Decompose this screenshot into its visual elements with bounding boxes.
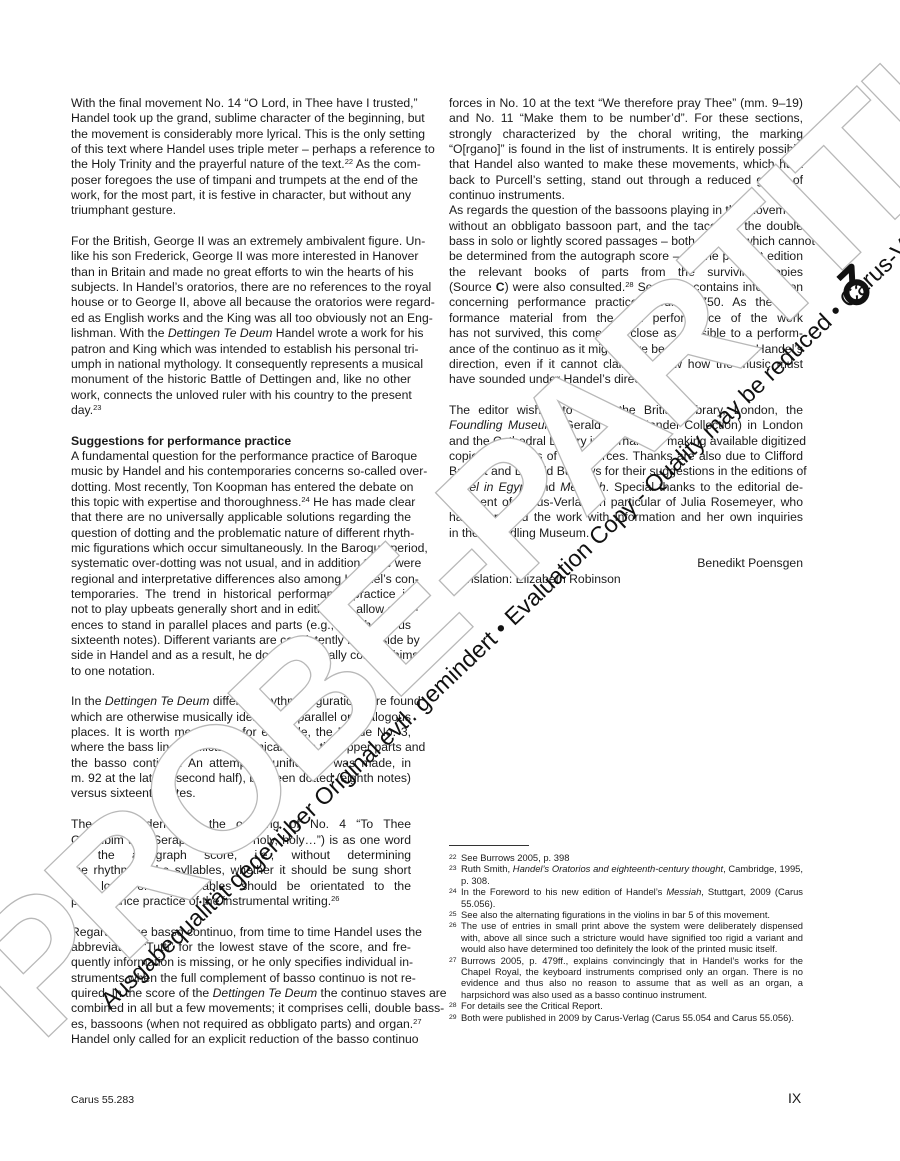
- text-line: the basso continuo. An attempt at unific…: [71, 756, 411, 771]
- text-line: copies/microfilms of the sources. Thanks…: [449, 449, 803, 464]
- text-line: (Source C) were also consulted.28 Source…: [449, 280, 803, 295]
- footnote-ref[interactable]: 22: [345, 157, 353, 166]
- text-line: dotting. Most recently, Ton Koopman has …: [71, 480, 411, 495]
- text-line: and long, or the syllables should be ori…: [71, 879, 411, 894]
- text-line: mic figurations which occur simultaneous…: [71, 541, 411, 556]
- text-line: In the Dettingen Te Deum different rhyth…: [71, 694, 411, 709]
- text-line: subjects. In Handel’s oratorios, there a…: [71, 280, 411, 295]
- text-line: The text underlay in the opening of No. …: [71, 817, 411, 832]
- text-line: Regarding the basso continuo, from time …: [71, 925, 411, 940]
- text-line: quired. In the score of the Dettingen Te…: [71, 986, 411, 1001]
- carus-logo-icon: [834, 267, 873, 307]
- text-line: With the final movement No. 14 “O Lord, …: [71, 96, 411, 111]
- text-line: struments when the full complement of ba…: [71, 971, 411, 986]
- text-line: side in Handel and as a result, he does …: [71, 648, 411, 663]
- text-line: that Handel also wanted to make these mo…: [449, 157, 803, 172]
- source-siglum: C: [680, 280, 689, 294]
- text-line: has not survived, this comes as close as…: [449, 326, 803, 341]
- text-line: triumphant gesture.: [71, 203, 411, 218]
- work-title: Messiah: [560, 480, 605, 494]
- text-line: Cherubim and Seraphim” (“Holy, holy, hol…: [71, 833, 411, 848]
- text-line: combined in all but a few movements; it …: [71, 1001, 411, 1016]
- text-line: to one notation.: [71, 664, 411, 679]
- text-line: performance practice of the instrumental…: [71, 894, 411, 909]
- text-line: like his son Frederick, George II was mo…: [71, 249, 411, 264]
- text-line: in the autograph score, i.e., without de…: [71, 848, 411, 863]
- text-line: ance of the continuo as it might have be…: [449, 342, 803, 357]
- text-line: regional and interpretative differences …: [71, 572, 411, 587]
- text-line: music by Handel and his contemporaries c…: [71, 464, 411, 479]
- text-line: the relevant books of parts from the sur…: [449, 265, 803, 280]
- text-line: continuo instruments.: [449, 188, 803, 203]
- text-line: es, bassoons (when not required as obbli…: [71, 1017, 411, 1032]
- text-line: the movement is considerably more lyrica…: [71, 127, 411, 142]
- text-line: temporaries. The trend in historical per…: [71, 587, 411, 602]
- text-line: systematic over-dotting was not usual, a…: [71, 556, 411, 571]
- text-line: work, connects the unloved ruler with hi…: [71, 388, 411, 403]
- footnote-ref[interactable]: 28: [625, 280, 633, 289]
- text-line: monument of the historic Battle of Detti…: [71, 372, 411, 387]
- footnotes: 22See Burrows 2005, p. 398 23Ruth Smith,…: [449, 852, 803, 1023]
- text-line: patron and King which was intended to es…: [71, 342, 411, 357]
- text-line: this topic with expertise and thoroughne…: [71, 495, 411, 510]
- text-line: be determined from the autograph score –…: [449, 249, 803, 264]
- text-line: day.23: [71, 403, 411, 418]
- section-heading: Suggestions for performance practice: [71, 434, 411, 449]
- text-line: The editor wishes to thank the British L…: [449, 403, 803, 418]
- text-line: bass in solo or lightly scored passages …: [449, 234, 803, 249]
- text-line: without an obbligato bassoon part, and t…: [449, 219, 803, 234]
- work-title: Dettingen Te Deum: [168, 326, 273, 340]
- text-line: which are otherwise musically identical …: [71, 710, 411, 725]
- text-line: forces in No. 10 at the text “We therefo…: [449, 96, 803, 111]
- work-title: Israel in Egypt: [449, 480, 530, 494]
- editor-signature: Benedikt Poensgen: [449, 556, 803, 571]
- text-line: Foundling Museum (Gerald Coke Handel Col…: [449, 418, 803, 433]
- text-line: A fundamental question for the performan…: [71, 449, 411, 464]
- text-line: formance material from the first perform…: [449, 311, 803, 326]
- text-line: question of dotting and the problematic …: [71, 526, 411, 541]
- text-line: concerning performance practice around 1…: [449, 295, 803, 310]
- text-line: has supported the work with information …: [449, 510, 803, 525]
- text-line: that there are no universally applicable…: [71, 510, 411, 525]
- text-line: Israel in Egypt and Messiah. Special tha…: [449, 480, 803, 495]
- text-line: and the Cathedral Library in Durham for …: [449, 434, 803, 449]
- text-line: ences to stand in parallel places and pa…: [71, 618, 411, 633]
- text-line: Bartlett and Donald Burrows for their su…: [449, 464, 803, 479]
- text-line: versus sixteenth notes.: [71, 786, 411, 801]
- footnote: 27Burrows 2005, p. 479ff., explains conv…: [449, 955, 803, 1001]
- text-line: ed as English works and the King was all…: [71, 311, 411, 326]
- text-line: m. 92 at the latest (second half), betwe…: [71, 771, 411, 786]
- text-line: house or to George II, above all because…: [71, 295, 411, 310]
- text-line: Handel took up the grand, sublime charac…: [71, 111, 411, 126]
- text-line: places. It is worth mentioning, for exam…: [71, 725, 411, 740]
- footnote: 24In the Foreword to his new edition of …: [449, 886, 803, 909]
- text-line: quently information is missing, or he on…: [71, 955, 411, 970]
- footnote: 28For details see the Critical Report.: [449, 1000, 803, 1011]
- work-title: Dettingen Te Deum: [105, 694, 210, 708]
- footnote-divider: [449, 845, 529, 846]
- text-line: work, for the most part, it is festive i…: [71, 188, 411, 203]
- text-line: strongly characterized by the choral wri…: [449, 127, 803, 142]
- footnote-ref[interactable]: 23: [93, 403, 101, 412]
- text-line: where the bass line conflicts rhythmical…: [71, 740, 411, 755]
- text-line: For the British, George II was an extrem…: [71, 234, 411, 249]
- text-line: have sounded under Handel’s direction.: [449, 372, 803, 387]
- footnote: 26The use of entries in small print abov…: [449, 920, 803, 954]
- left-column: With the final movement No. 14 “O Lord, …: [71, 96, 411, 1047]
- footnote: 25See also the alternating figurations i…: [449, 909, 803, 920]
- right-column: forces in No. 10 at the text “We therefo…: [449, 96, 803, 587]
- text-line: sixteenth notes). Different variants are…: [71, 633, 411, 648]
- text-line: the rhythm of the syllables, whether it …: [71, 863, 411, 878]
- footnote-ref[interactable]: 27: [413, 1017, 421, 1026]
- text-line: in the Foundling Museum.: [449, 526, 803, 541]
- text-line: direction, even if it cannot claim to sh…: [449, 357, 803, 372]
- text-line: As regards the question of the bassoons …: [449, 203, 803, 218]
- footnote: 23Ruth Smith, Handel’s Oratorios and eig…: [449, 863, 803, 886]
- text-line: than in Britain and made no great effort…: [71, 265, 411, 280]
- footnote: 22See Burrows 2005, p. 398: [449, 852, 803, 863]
- text-line: not to play upbeats generally short and …: [71, 602, 411, 617]
- text-line: “O[rgano]” is found in the list of instr…: [449, 142, 803, 157]
- page-number: IX: [788, 1090, 801, 1106]
- footnote: 29Both were published in 2009 by Carus-V…: [449, 1012, 803, 1023]
- source-siglum: C: [496, 280, 505, 294]
- text-line: umph in national mythology. It consequen…: [71, 357, 411, 372]
- text-line: back to Purcell’s setting, stand out thr…: [449, 173, 803, 188]
- text-line: lishman. With the Dettingen Te Deum Hand…: [71, 326, 411, 341]
- translation-credit: Translation: Elizabeth Robinson: [449, 572, 803, 587]
- catalog-number: Carus 55.283: [71, 1094, 134, 1106]
- work-title: Dettingen Te Deum: [213, 986, 318, 1000]
- text-line: of this text where Handel uses triple me…: [71, 142, 411, 157]
- footnote-ref[interactable]: 24: [301, 495, 309, 504]
- text-line: partment of Carus-Verlag, in particular …: [449, 495, 803, 510]
- text-line: the Holy Trinity and the prayerful natur…: [71, 157, 411, 172]
- text-line: abbreviation “Tutti” for the lowest stav…: [71, 940, 411, 955]
- text-line: Handel only called for an explicit reduc…: [71, 1032, 411, 1047]
- footnote-ref[interactable]: 26: [331, 894, 339, 903]
- text-line: poser foregoes the use of timpani and tr…: [71, 173, 411, 188]
- text-line: and No. 11 “Make them to be number’d”. F…: [449, 111, 803, 126]
